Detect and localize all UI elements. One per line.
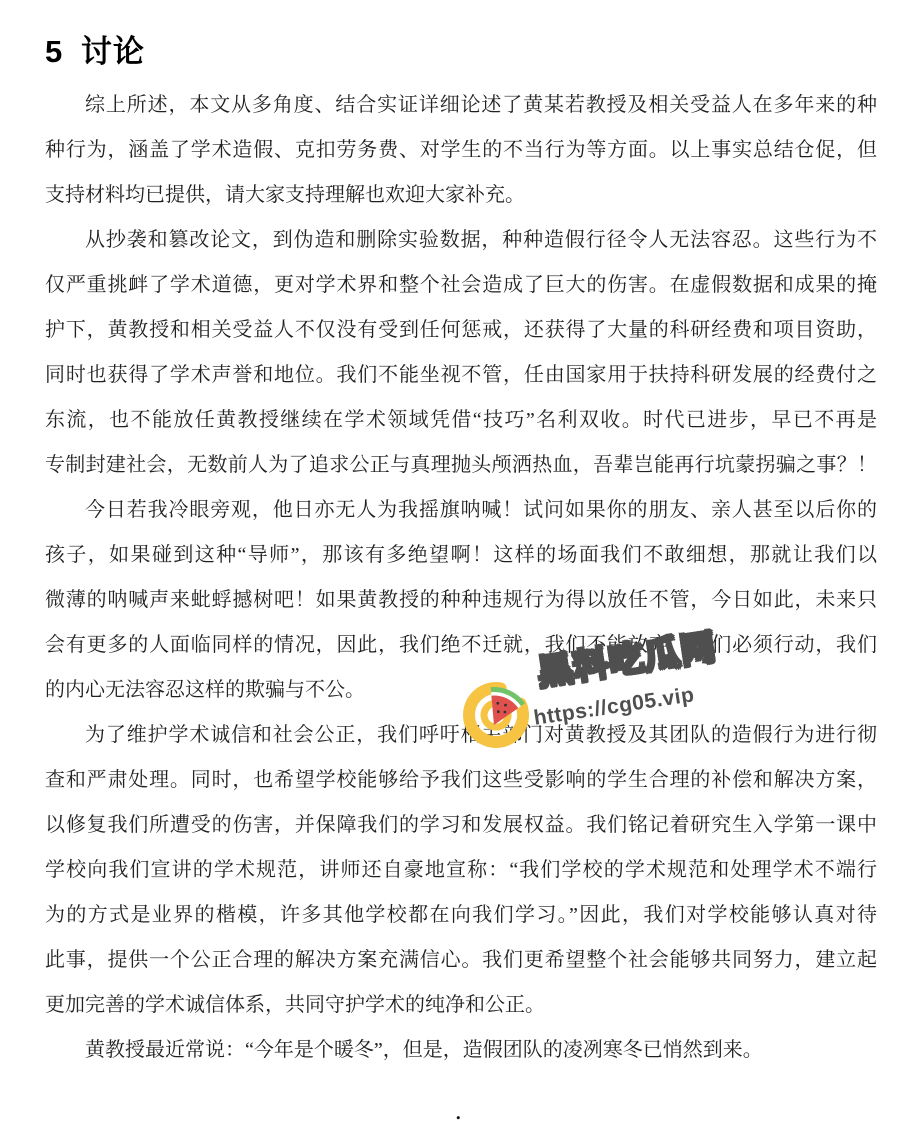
paragraph-line: 护下，黄教授和相关受益人不仅没有受到任何惩戒，还获得了大量的科研经费和项目资助， (45, 308, 877, 353)
paragraph-line: 的内心无法容忍这样的欺骗与不公。 (45, 668, 877, 713)
paragraph-line: 东流，也不能放任黄教授继续在学术领域凭借“技巧”名利双收。时代已进步，早已不再是 (45, 398, 877, 443)
paragraph-line: 此事，提供一个公正合理的解决方案充满信心。我们更希望整个社会能够共同努力，建立起 (45, 938, 877, 983)
paragraph-line: 从抄袭和篡改论文，到伪造和删除实验数据，种种造假行径令人无法容忍。这些行为不 (45, 218, 877, 263)
paragraph-line: 支持材料均已提供，请大家支持理解也欢迎大家补充。 (45, 173, 877, 218)
document-page: 5 讨论 综上所述，本文从多角度、结合实证详细论述了黄某若教授及相关受益人在多年… (45, 34, 877, 1073)
paragraph-line: 以修复我们所遭受的伤害，并保障我们的学习和发展权益。我们铭记着研究生入学第一课中 (45, 803, 877, 848)
paragraph-line: 查和严肃处理。同时，也希望学校能够给予我们这些受影响的学生合理的补偿和解决方案， (45, 758, 877, 803)
paragraph-line: 孩子，如果碰到这种“导师”，那该有多绝望啊！这样的场面我们不敢细想，那就让我们以 (45, 533, 877, 578)
paragraph-line: 综上所述，本文从多角度、结合实证详细论述了黄某若教授及相关受益人在多年来的种 (45, 83, 877, 128)
paragraph-line: 更加完善的学术诚信体系，共同守护学术的纯净和公正。 (45, 983, 877, 1028)
paragraph-line: 为的方式是业界的楷模，许多其他学校都在向我们学习。”因此，我们对学校能够认真对待 (45, 893, 877, 938)
paragraph-line: 黄教授最近常说：“今年是个暖冬”，但是，造假团队的凌冽寒冬已悄然到来。 (45, 1028, 877, 1073)
paragraph-line: 种行为，涵盖了学术造假、克扣劳务费、对学生的不当行为等方面。以上事实总结仓促，但 (45, 128, 877, 173)
paragraph-line: 会有更多的人面临同样的情况，因此，我们绝不迁就，我们不能放弃，我们必须行动，我们 (45, 623, 877, 668)
paragraph-line: 学校向我们宣讲的学术规范，讲师还自豪地宣称：“我们学校的学术规范和处理学术不端行 (45, 848, 877, 893)
paragraph-line: 今日若我冷眼旁观，他日亦无人为我摇旗呐喊！试问如果你的朋友、亲人甚至以后你的 (45, 488, 877, 533)
document-body: 综上所述，本文从多角度、结合实证详细论述了黄某若教授及相关受益人在多年来的种 种… (45, 83, 877, 1073)
page-footer-dot: . (455, 1098, 462, 1124)
paragraph-line: 同时也获得了学术声誉和地位。我们不能坐视不管，任由国家用于扶持科研发展的经费付之 (45, 353, 877, 398)
section-heading: 5 讨论 (45, 34, 877, 70)
paragraph-line: 为了维护学术诚信和社会公正，我们呼吁相关部门对黄教授及其团队的造假行为进行彻 (45, 713, 877, 758)
paragraph-line: 微薄的呐喊声来蚍蜉撼树吧！如果黄教授的种种违规行为得以放任不管，今日如此，未来只 (45, 578, 877, 623)
paragraph-line: 仅严重挑衅了学术道德，更对学术界和整个社会造成了巨大的伤害。在虚假数据和成果的掩 (45, 263, 877, 308)
paragraph-line: 专制封建社会，无数前人为了追求公正与真理抛头颅洒热血，吾辈岂能再行坑蒙拐骗之事？… (45, 443, 877, 488)
